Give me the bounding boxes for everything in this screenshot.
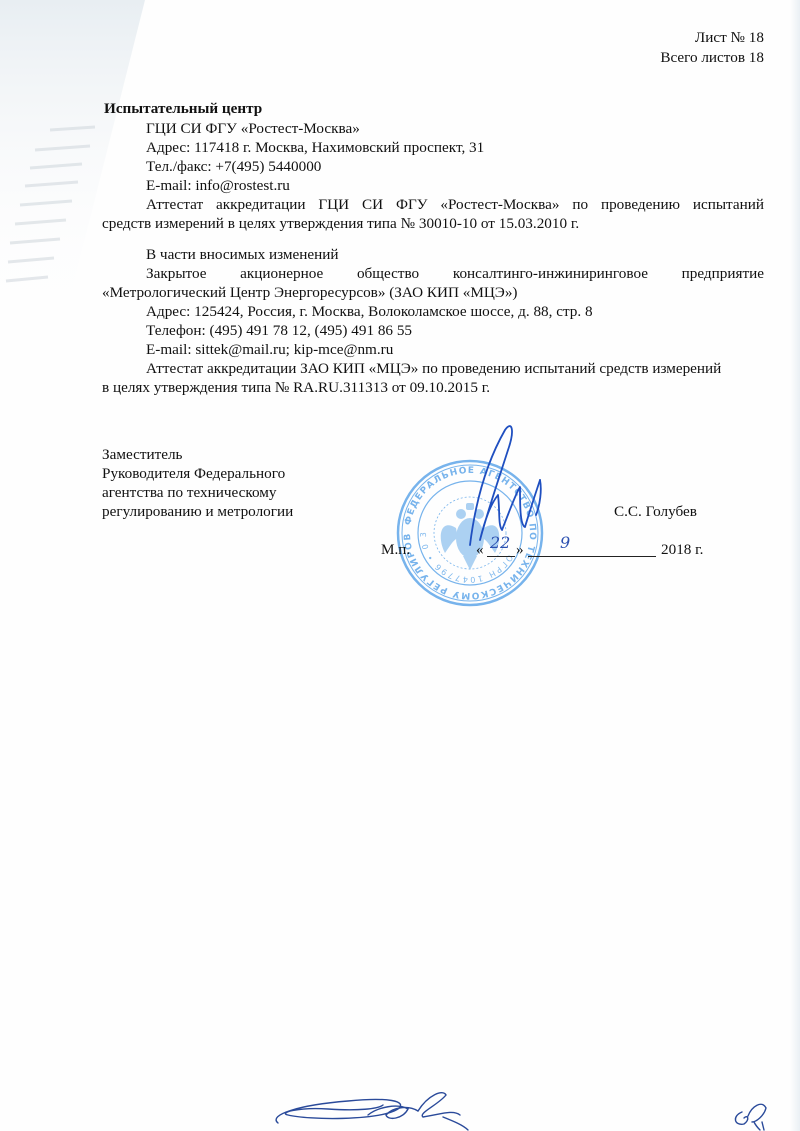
- total-sheets: Всего листов 18: [660, 48, 764, 68]
- testing-center-title: Испытательный центр: [104, 99, 262, 119]
- changes-org-2: «Метрологический Центр Энергоресурсов» (…: [102, 283, 517, 303]
- sheet-number: Лист № 18: [660, 28, 764, 48]
- testing-center-address: Адрес: 117418 г. Москва, Нахимовский про…: [146, 138, 484, 158]
- changes-org-1: Закрытое акционерное общество консалтинг…: [146, 264, 764, 284]
- signatory-position-1: Заместитель: [102, 445, 182, 465]
- footer-signature: [268, 1075, 498, 1131]
- signatory-name: С.С. Голубев: [614, 502, 697, 522]
- signatory-position-3: агентства по техническому: [102, 483, 277, 503]
- signatory-position-2: Руководителя Федерального: [102, 464, 285, 484]
- changes-accreditation-1: Аттестат аккредитации ЗАО КИП «МЦЭ» по п…: [146, 359, 721, 379]
- testing-center-email: E-mail: info@rostest.ru: [146, 176, 290, 196]
- changes-intro: В части вносимых изменений: [146, 245, 338, 265]
- sheet-info: Лист № 18 Всего листов 18: [660, 28, 764, 68]
- testing-center-accreditation-2: средств измерений в целях утверждения ти…: [102, 214, 579, 234]
- testing-center-org: ГЦИ СИ ФГУ «Ростест-Москва»: [146, 119, 360, 139]
- changes-accreditation-2: в целях утверждения типа № RA.RU.311313 …: [102, 378, 490, 398]
- signatory-position-4: регулированию и метрологии: [102, 502, 293, 522]
- date-close-quote: »: [516, 540, 524, 560]
- date-month: 9: [560, 534, 570, 552]
- testing-center-phone: Тел./факс: +7(495) 5440000: [146, 157, 321, 177]
- testing-center-accreditation-1: Аттестат аккредитации ГЦИ СИ ФГУ «Ростес…: [146, 195, 764, 215]
- seal-label: М.п.: [381, 540, 410, 560]
- date-open-quote: «: [476, 540, 484, 560]
- footer-initials: [728, 1092, 770, 1131]
- date-year: 2018 г.: [661, 540, 703, 560]
- date-day: 22: [490, 534, 510, 552]
- changes-address: Адрес: 125424, Россия, г. Москва, Волоко…: [146, 302, 593, 322]
- date-day-underline: [487, 556, 515, 557]
- changes-phone: Телефон: (495) 491 78 12, (495) 491 86 5…: [146, 321, 412, 341]
- document-page: Лист № 18 Всего листов 18 Испытательный …: [0, 0, 800, 1131]
- date-month-underline: [528, 556, 656, 557]
- scan-edge: [790, 0, 800, 1131]
- changes-email: E-mail: sittek@mail.ru; kip-mce@nm.ru: [146, 340, 393, 360]
